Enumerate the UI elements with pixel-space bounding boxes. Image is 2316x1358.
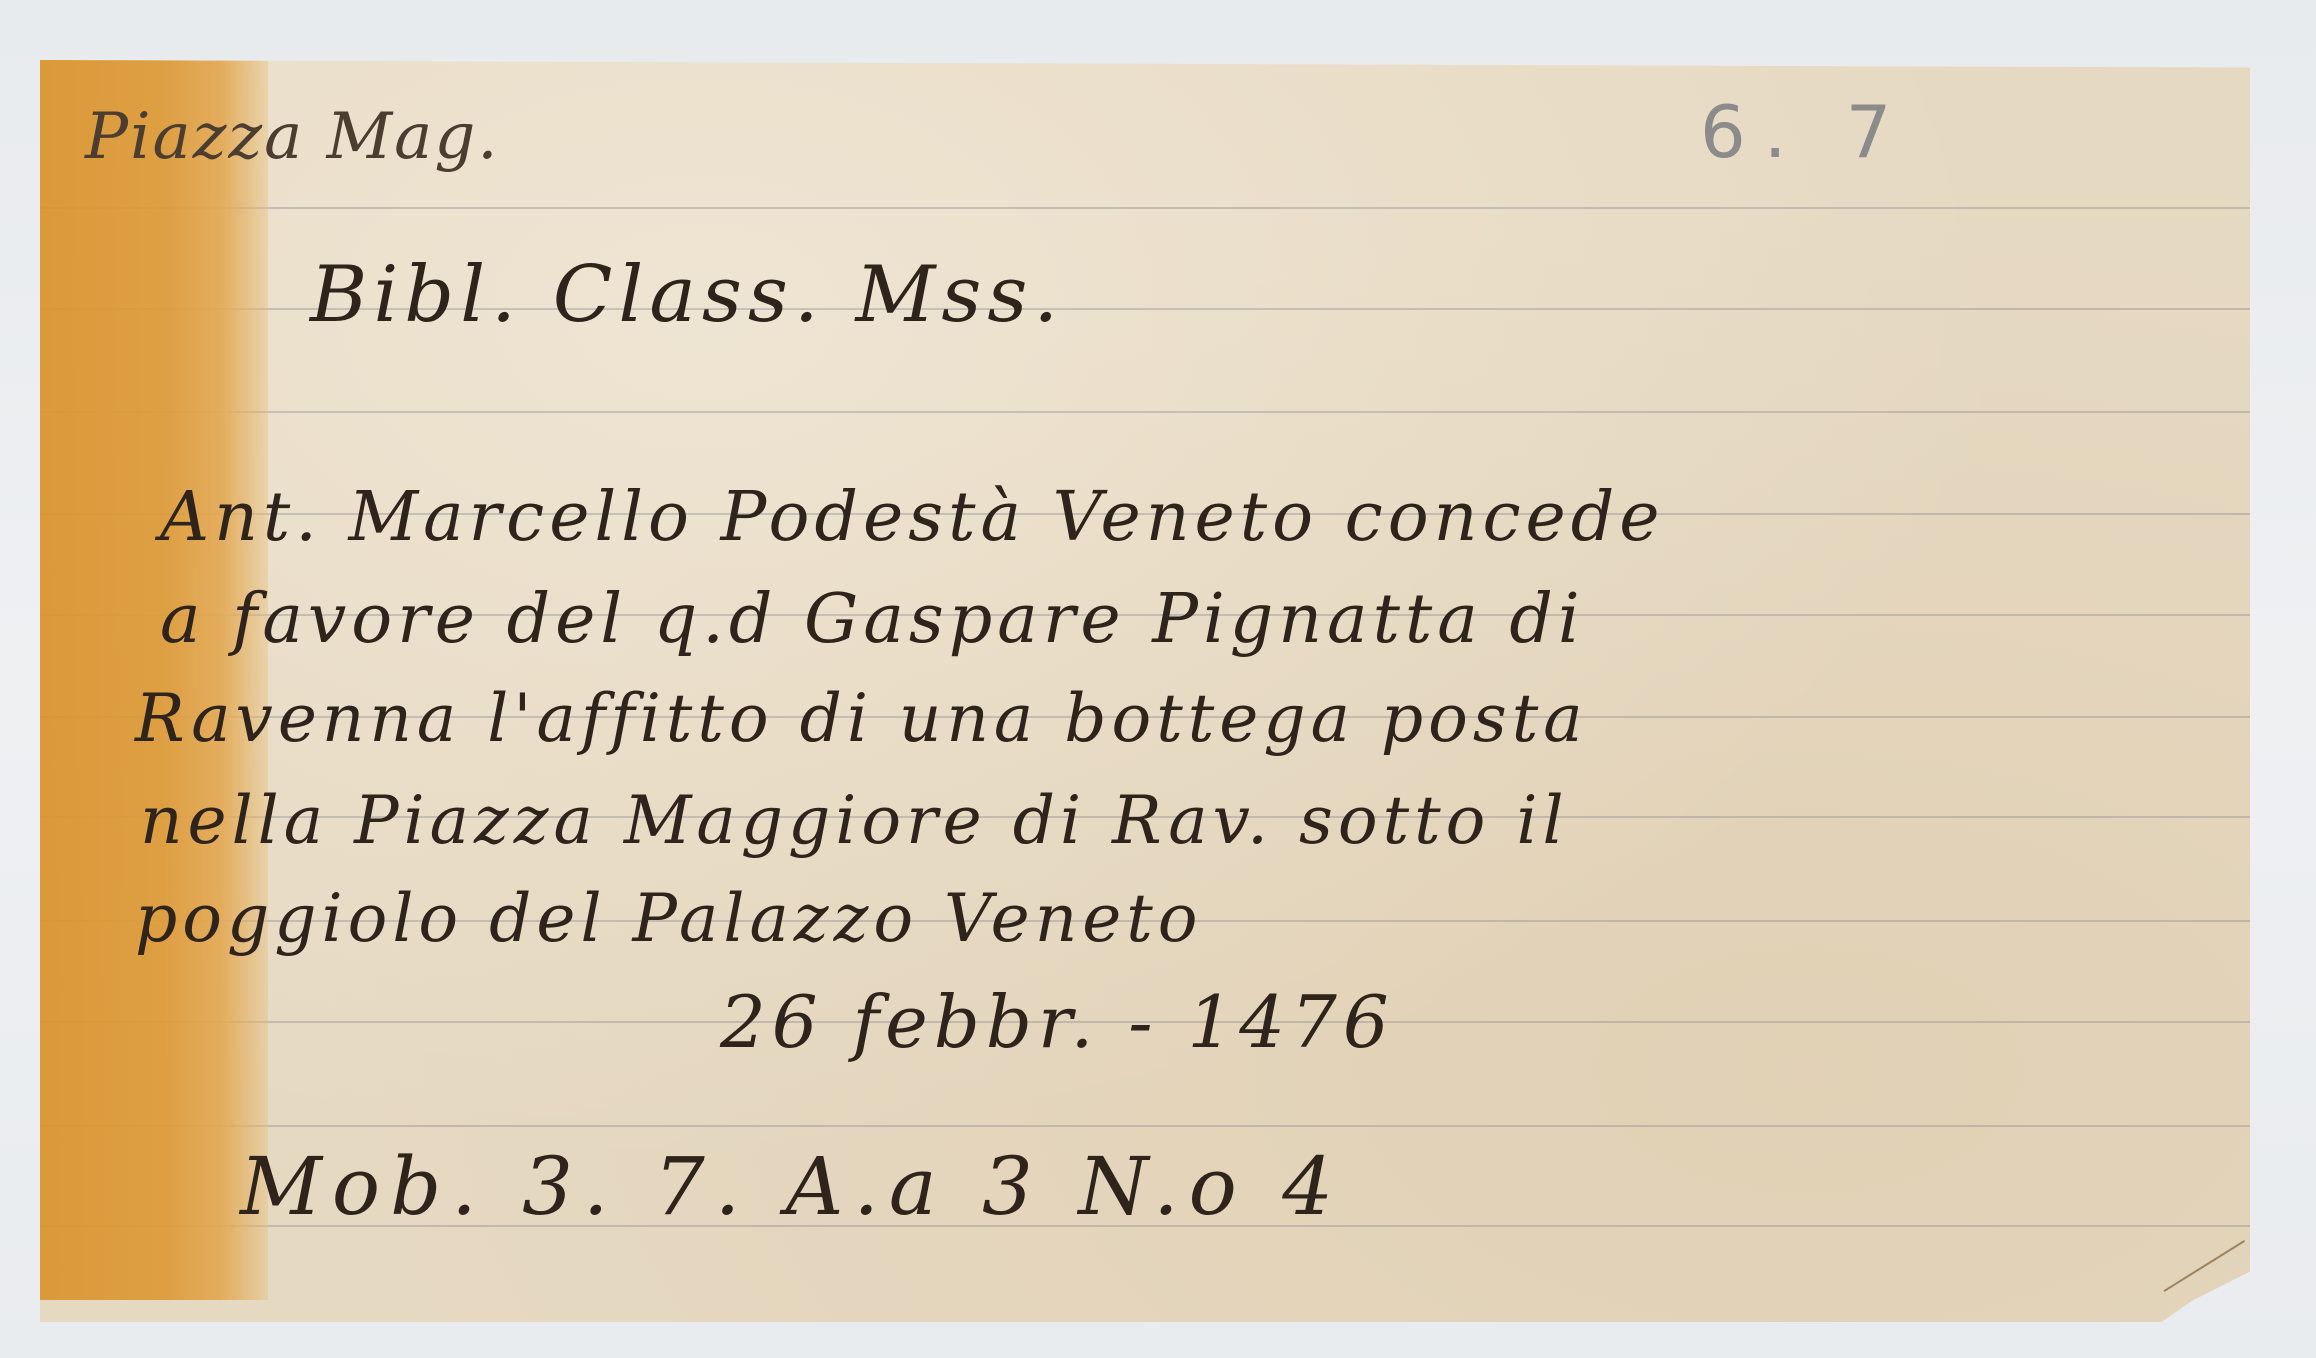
body-line-1: Ant. Marcello Podestà Veneto concede [160,478,1665,557]
body-line-2: a favore del q.d Gaspare Pignatta di [160,580,1585,659]
collection-line: Bibl. Class. Mss. [310,250,1064,340]
date-line: 26 febbr. - 1476 [720,980,1395,1064]
folded-corner [2163,1240,2276,1343]
pencil-annotation: 6. 7 [1700,90,1909,174]
ruled-line [40,207,2250,209]
body-line-4: nella Piazza Maggiore di Rav. sotto il [140,782,1569,859]
index-card: 6. 7 Piazza Mag. Bibl. Class. Mss. Ant. … [40,60,2250,1322]
header-line: Piazza Mag. [85,100,500,174]
body-line-3: Ravenna l'affitto di una bottega posta [135,680,1588,757]
ruled-line [40,411,2250,413]
shelfmark-line: Mob. 3. 7. A.a 3 N.o 4 [240,1140,1343,1233]
ruled-line [40,1125,2250,1127]
body-line-5: poggiolo del Palazzo Veneto [135,880,1203,957]
